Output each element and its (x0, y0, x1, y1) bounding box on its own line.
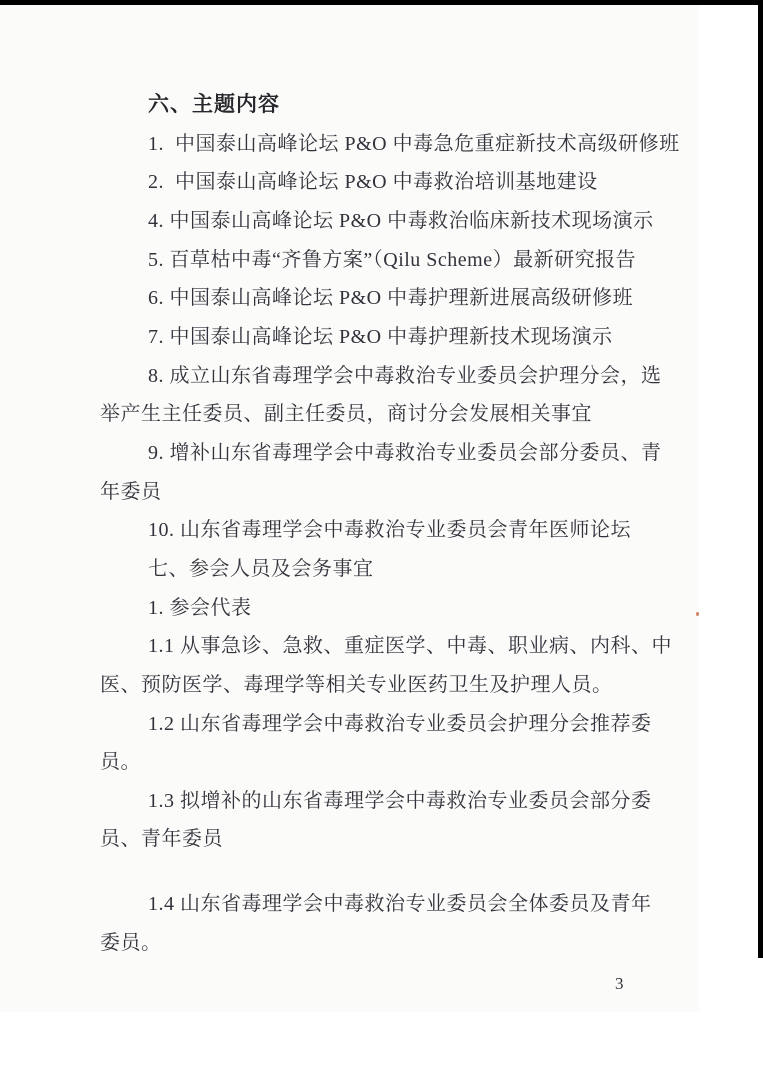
item-1-attendees: 1. 参会代表 (100, 589, 680, 628)
scan-edge-top-bar (0, 0, 763, 5)
item-1-1-continuation: 医、预防医学、毒理学等相关专业医药卫生及护理人员。 (100, 666, 680, 705)
topic-item-4: 4. 中国泰山高峰论坛 P&O 中毒救治临床新技术现场演示 (100, 202, 680, 241)
item-1-3: 1.3 拟增补的山东省毒理学会中毒救治专业委员会部分委 (100, 782, 680, 821)
topic-item-6: 6. 中国泰山高峰论坛 P&O 中毒护理新进展高级研修班 (100, 279, 680, 318)
document-body: 六、主题内容 1. 中国泰山高峰论坛 P&O 中毒急危重症新技术高级研修班 2.… (100, 86, 680, 962)
topic-item-7: 7. 中国泰山高峰论坛 P&O 中毒护理新技术现场演示 (100, 318, 680, 357)
section-heading-seven: 七、参会人员及会务事宜 (100, 550, 680, 589)
topic-item-2: 2. 中国泰山高峰论坛 P&O 中毒救治培训基地建设 (100, 163, 680, 202)
topic-item-1: 1. 中国泰山高峰论坛 P&O 中毒急危重症新技术高级研修班 (100, 125, 680, 164)
section-heading-six: 六、主题内容 (100, 86, 680, 125)
topic-item-8: 8. 成立山东省毒理学会中毒救治专业委员会护理分会，选 (100, 357, 680, 396)
item-1-4: 1.4 山东省毒理学会中毒救治专业委员会全体委员及青年 (100, 885, 680, 924)
item-1-4-continuation: 委员。 (100, 924, 680, 963)
topic-item-9-continuation: 年委员 (100, 473, 680, 512)
scan-speck-artifact (696, 612, 699, 616)
item-1-2: 1.2 山东省毒理学会中毒救治专业委员会护理分会推荐委 (100, 705, 680, 744)
item-1-2-continuation: 员。 (100, 743, 680, 782)
item-1-1: 1.1 从事急诊、急救、重症医学、中毒、职业病、内科、中 (100, 627, 680, 666)
page-number: 3 (615, 974, 624, 994)
topic-item-10: 10. 山东省毒理学会中毒救治专业委员会青年医师论坛 (100, 511, 680, 550)
topic-item-9: 9. 增补山东省毒理学会中毒救治专业委员会部分委员、青 (100, 434, 680, 473)
topic-item-8-continuation: 举产生主任委员、副主任委员，商讨分会发展相关事宜 (100, 395, 680, 434)
topic-item-5: 5. 百草枯中毒“齐鲁方案”（Qilu Scheme）最新研究报告 (100, 241, 680, 280)
item-1-3-continuation: 员、青年委员 (100, 820, 680, 859)
scan-edge-right-bar (758, 0, 763, 958)
scanned-document-page: { "document": { "lines": [ "六、主题内容", "1.… (0, 0, 763, 1077)
